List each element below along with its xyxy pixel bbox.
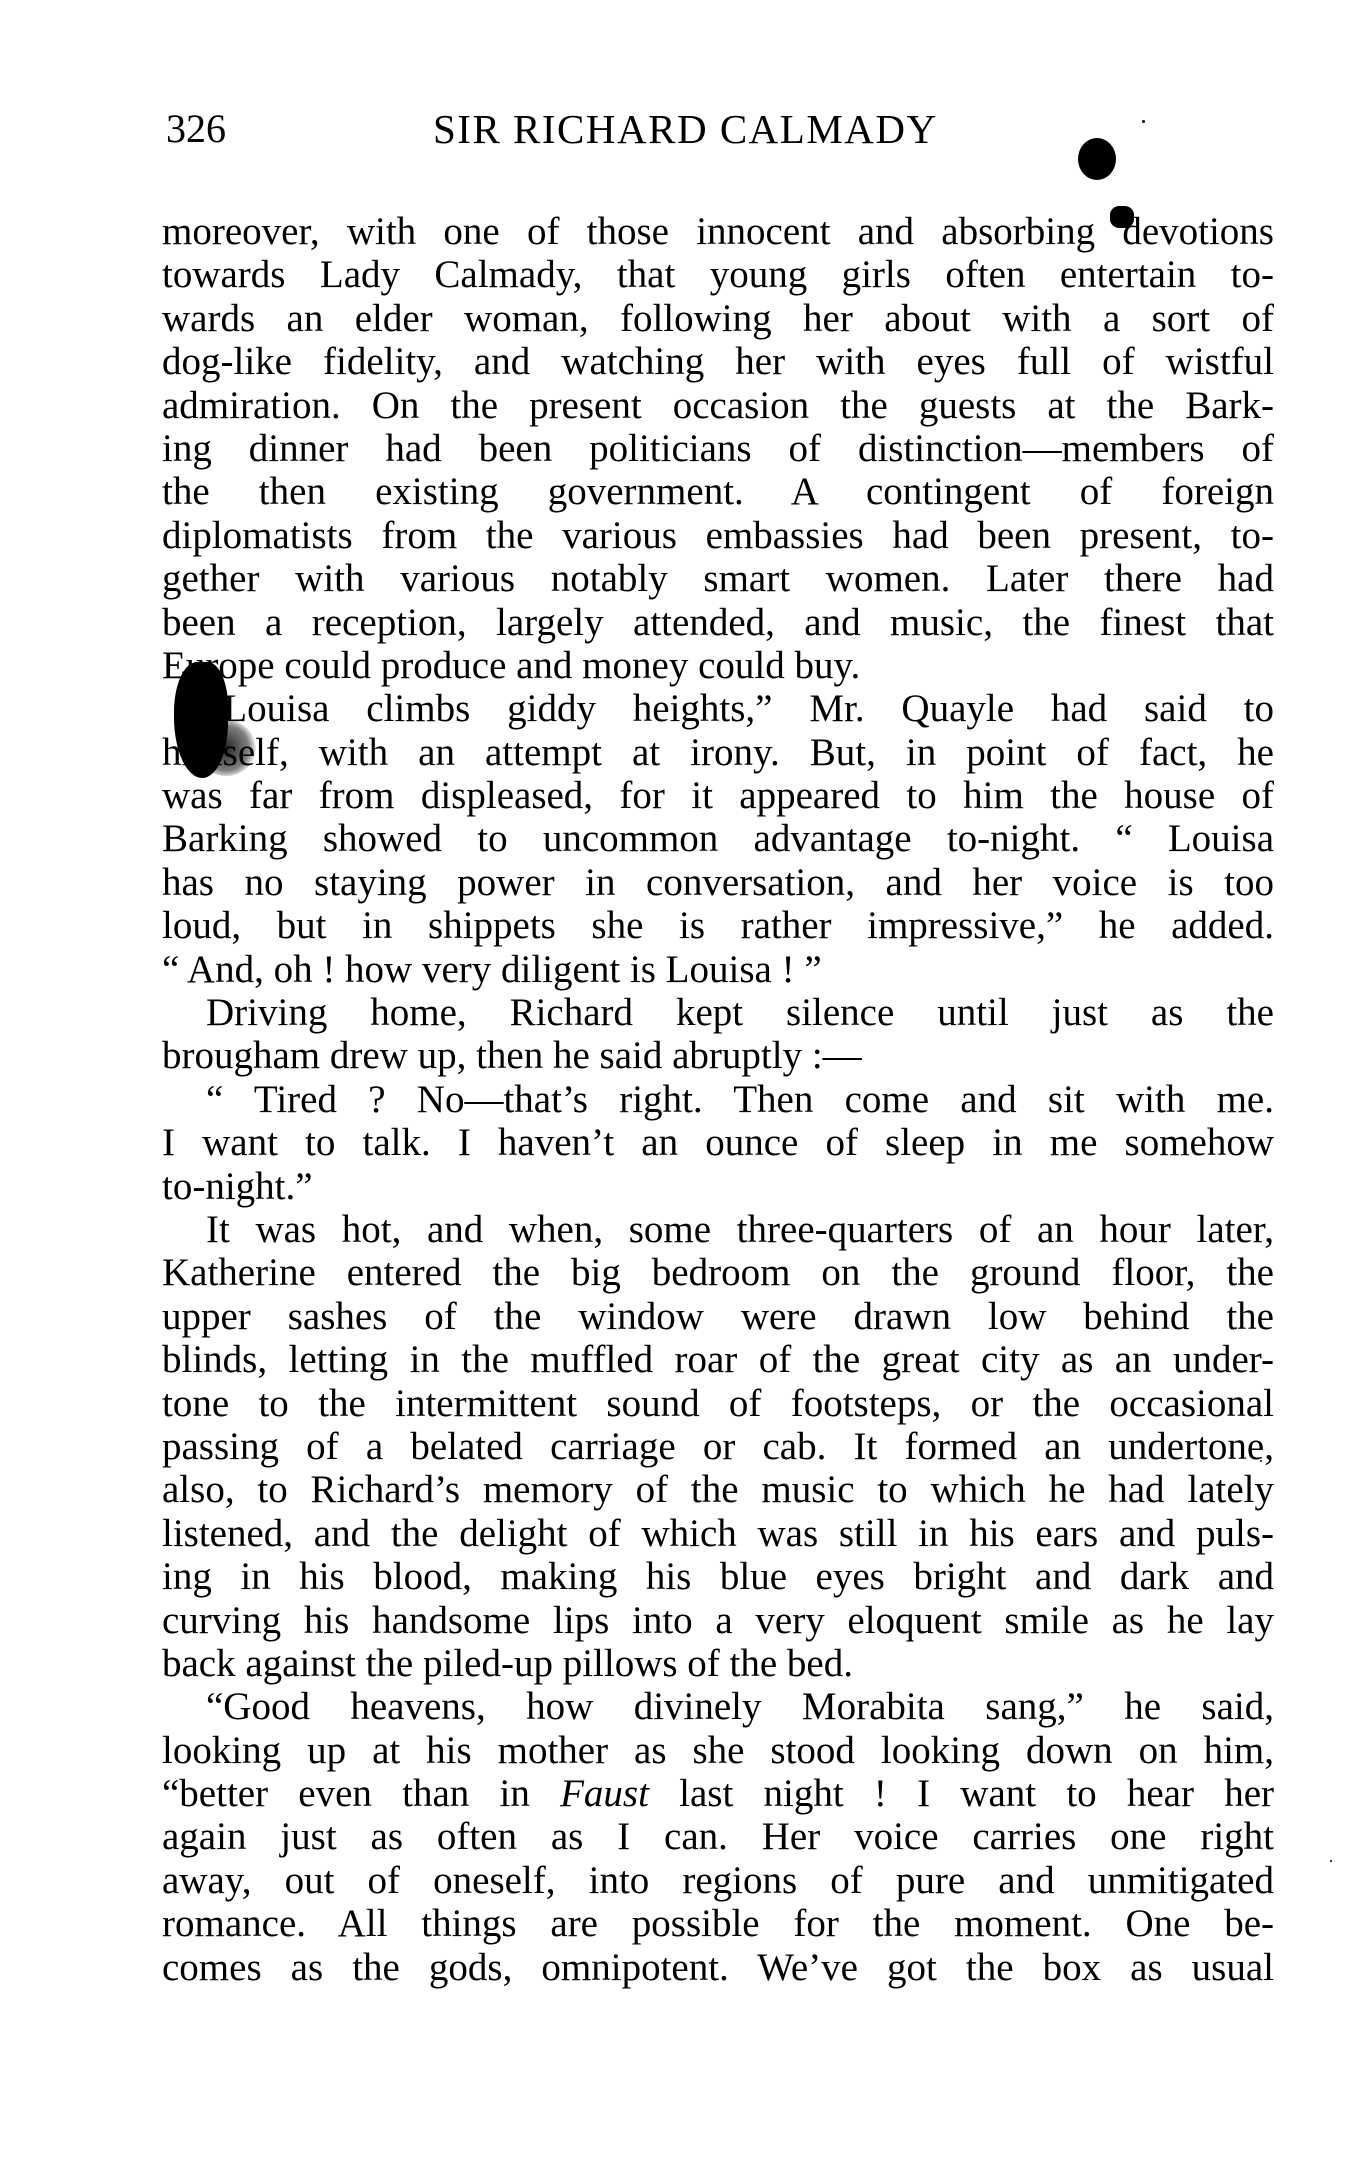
- text-line: Driving home, Richard kept silence until…: [162, 991, 1274, 1034]
- page-number: 326: [166, 104, 226, 154]
- text-line: Europe could produce and money could buy…: [162, 644, 1274, 687]
- text-line-content: also, to Richard’s memory of the music t…: [162, 1468, 1274, 1511]
- text-line-content: “ And, oh ! how very diligent is Louisa …: [162, 948, 1274, 991]
- text-line-content: dog-like fidelity, and watching her with…: [162, 340, 1274, 383]
- text-line-content: curving his handsome lips into a very el…: [162, 1599, 1274, 1642]
- text-line: Barking showed to uncommon advantage to-…: [162, 817, 1274, 860]
- text-line: back against the piled-up pillows of the…: [162, 1642, 1274, 1685]
- text-line: been a reception, largely attended, and …: [162, 601, 1274, 644]
- text-line: himself, with an attempt at irony. But, …: [162, 731, 1274, 774]
- text-line-content: looking up at his mother as she stood lo…: [162, 1729, 1274, 1772]
- text-line-content: “ Tired ? No—that’s right. Then come and…: [162, 1078, 1274, 1121]
- text-line-content: back against the piled-up pillows of the…: [162, 1642, 1274, 1685]
- text-line: admiration. On the present occasion the …: [162, 384, 1274, 427]
- text-line: was far from displeased, for it appeared…: [162, 774, 1274, 817]
- text-line: I want to talk. I haven’t an ounce of sl…: [162, 1121, 1274, 1164]
- speck: [1330, 1860, 1332, 1862]
- text-line-content: admiration. On the present occasion the …: [162, 384, 1274, 427]
- text-line-content: Europe could produce and money could buy…: [162, 644, 1274, 687]
- text-line-content: I want to talk. I haven’t an ounce of sl…: [162, 1121, 1274, 1164]
- text-line: wards an elder woman, following her abou…: [162, 297, 1274, 340]
- text-line: romance. All things are possible for the…: [162, 1902, 1274, 1945]
- text-line: “Good heavens, how divinely Morabita san…: [162, 1685, 1274, 1728]
- text-line-content: “Good heavens, how divinely Morabita san…: [162, 1685, 1274, 1728]
- text-line-content: upper sashes of the window were drawn lo…: [162, 1295, 1274, 1338]
- text-line: brougham drew up, then he said abruptly …: [162, 1034, 1274, 1077]
- text-line: diplomatists from the various embassies …: [162, 514, 1274, 557]
- text-line: Katherine entered the big bedroom on the…: [162, 1251, 1274, 1294]
- text-line-content: diplomatists from the various embassies …: [162, 514, 1274, 557]
- text-line: away, out of oneself, into regions of pu…: [162, 1859, 1274, 1902]
- text-line: comes as the gods, omnipotent. We’ve got…: [162, 1946, 1274, 1989]
- text-line-content: tone to the intermittent sound of footst…: [162, 1382, 1274, 1425]
- text-line-content: was far from displeased, for it appeared…: [162, 774, 1274, 817]
- text-line-content: himself, with an attempt at irony. But, …: [162, 731, 1274, 774]
- text-line-content: been a reception, largely attended, and …: [162, 601, 1274, 644]
- text-line: upper sashes of the window were drawn lo…: [162, 1295, 1274, 1338]
- text-line: tone to the intermittent sound of footst…: [162, 1382, 1274, 1425]
- text-line: ing in his blood, making his blue eyes b…: [162, 1555, 1274, 1598]
- text-line: passing of a belated carriage or cab. It…: [162, 1425, 1274, 1468]
- text-line-content: again just as often as I can. Her voice …: [162, 1815, 1274, 1858]
- text-line-content: “Louisa climbs giddy heights,” Mr. Quayl…: [162, 687, 1274, 730]
- text-line: curving his handsome lips into a very el…: [162, 1599, 1274, 1642]
- text-line: “ Tired ? No—that’s right. Then come and…: [162, 1078, 1274, 1121]
- text-line-content: Katherine entered the big bedroom on the…: [162, 1251, 1274, 1294]
- text-line-content: “better even than in Faust last night ! …: [162, 1772, 1274, 1815]
- ink-blot: [1078, 138, 1116, 180]
- text-line: the then existing government. A continge…: [162, 470, 1274, 513]
- text-line-content: Barking showed to uncommon advantage to-…: [162, 817, 1274, 860]
- italic-title: Faust: [560, 1772, 649, 1815]
- text-line-content: moreover, with one of those innocent and…: [162, 210, 1274, 253]
- speck: [1142, 120, 1145, 123]
- ink-smudge: [196, 720, 256, 776]
- text-line-content: comes as the gods, omnipotent. We’ve got…: [162, 1946, 1274, 1989]
- text-line-content: gether with various notably smart women.…: [162, 557, 1274, 600]
- text-line-content: Driving home, Richard kept silence until…: [162, 991, 1274, 1034]
- text-line: has no staying power in conversation, an…: [162, 861, 1274, 904]
- text-line-content: passing of a belated carriage or cab. It…: [162, 1425, 1274, 1468]
- text-line: to-night.”: [162, 1165, 1274, 1208]
- running-title: SIR RICHARD CALMADY: [433, 104, 938, 154]
- text-line-content: It was hot, and when, some three-quarter…: [162, 1208, 1274, 1251]
- text-line: “Louisa climbs giddy heights,” Mr. Quayl…: [162, 687, 1274, 730]
- text-line: towards Lady Calmady, that young girls o…: [162, 253, 1274, 296]
- text-line-content: romance. All things are possible for the…: [162, 1902, 1274, 1945]
- text-line: listened, and the delight of which was s…: [162, 1512, 1274, 1555]
- text-line: “ And, oh ! how very diligent is Louisa …: [162, 948, 1274, 991]
- text-line-content: away, out of oneself, into regions of pu…: [162, 1859, 1274, 1902]
- text-line: dog-like fidelity, and watching her with…: [162, 340, 1274, 383]
- text-line-content: listened, and the delight of which was s…: [162, 1512, 1274, 1555]
- body-text: moreover, with one of those innocent and…: [162, 210, 1274, 1989]
- text-line: again just as often as I can. Her voice …: [162, 1815, 1274, 1858]
- speck: [1260, 1460, 1262, 1462]
- text-line: looking up at his mother as she stood lo…: [162, 1729, 1274, 1772]
- text-line: also, to Richard’s memory of the music t…: [162, 1468, 1274, 1511]
- text-line-content: brougham drew up, then he said abruptly …: [162, 1034, 1274, 1077]
- text-line: loud, but in shippets she is rather impr…: [162, 904, 1274, 947]
- text-line: moreover, with one of those innocent and…: [162, 210, 1274, 253]
- text-line-content: blinds, letting in the muffled roar of t…: [162, 1338, 1274, 1381]
- text-line-content: wards an elder woman, following her abou…: [162, 297, 1274, 340]
- text-line: blinds, letting in the muffled roar of t…: [162, 1338, 1274, 1381]
- text-line: gether with various notably smart women.…: [162, 557, 1274, 600]
- text-line: “better even than in Faust last night ! …: [162, 1772, 1274, 1815]
- text-line-content: ing in his blood, making his blue eyes b…: [162, 1555, 1274, 1598]
- text-line-content: the then existing government. A continge…: [162, 470, 1274, 513]
- text-line-content: to-night.”: [162, 1165, 1274, 1208]
- book-page: 326 SIR RICHARD CALMADY moreover, with o…: [0, 0, 1372, 2179]
- text-line-content: towards Lady Calmady, that young girls o…: [162, 253, 1274, 296]
- text-line-content: ing dinner had been politicians of disti…: [162, 427, 1274, 470]
- text-line-content: has no staying power in conversation, an…: [162, 861, 1274, 904]
- text-line: ing dinner had been politicians of disti…: [162, 427, 1274, 470]
- text-line-content: loud, but in shippets she is rather impr…: [162, 904, 1274, 947]
- text-line: It was hot, and when, some three-quarter…: [162, 1208, 1274, 1251]
